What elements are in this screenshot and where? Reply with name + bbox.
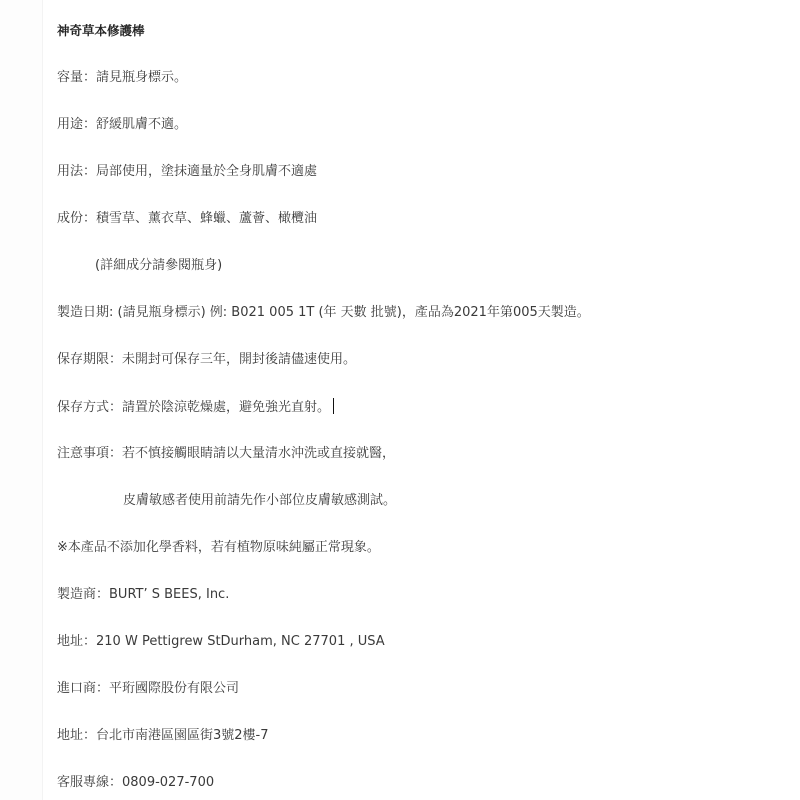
manufacture-date-line: 製造日期: (請見瓶身標示) 例: B021 005 1T (年 天數 批號)，… — [57, 304, 590, 322]
caution-line: 注意事項：若不慎接觸眼睛請以大量清水沖洗或直接就醫， — [57, 445, 395, 463]
ingredients-value: 積雪草、薰衣草、蜂蠟、蘆薈、橄欖油 — [96, 211, 317, 226]
manufacturer-label: 製造商： — [57, 587, 109, 602]
importer-line: 進口商：平珩國際股份有限公司 — [57, 680, 239, 698]
manufacturer-address-value: 210 W Pettigrew StDurham, NC 27701 , USA — [96, 634, 385, 649]
importer-address-value: 台北市南港區園區街3號2樓-7 — [96, 728, 269, 743]
importer-address-label: 地址： — [57, 728, 96, 743]
manufacture-date-label: 製造日期: — [57, 305, 118, 320]
manufacturer-value: BURT’ S BEES, Inc. — [109, 587, 229, 602]
manufacture-date-value: (請見瓶身標示) 例: B021 005 1T (年 天數 批號)，產品為202… — [118, 305, 590, 320]
usage-label: 用法： — [57, 164, 96, 179]
caution-label: 注意事項： — [57, 446, 122, 461]
purpose-line: 用途：舒緩肌膚不適。 — [57, 116, 187, 134]
customer-service-label: 客服專線： — [57, 775, 122, 790]
capacity-label: 容量： — [57, 70, 96, 85]
importer-address-line: 地址：台北市南港區園區街3號2樓-7 — [57, 727, 269, 745]
manufacturer-address-line: 地址：210 W Pettigrew StDurham, NC 27701 , … — [57, 633, 385, 651]
storage-value: 請置於陰涼乾燥處，避免強光直射。 — [122, 400, 330, 415]
manufacturer-line: 製造商：BURT’ S BEES, Inc. — [57, 586, 229, 604]
importer-value: 平珩國際股份有限公司 — [109, 681, 239, 696]
capacity-value: 請見瓶身標示。 — [96, 70, 187, 85]
ingredients-label: 成份： — [57, 211, 96, 226]
fragrance-notice-line: ※本產品不添加化學香料，若有植物原味純屬正常現象。 — [57, 539, 380, 557]
purpose-value: 舒緩肌膚不適。 — [96, 117, 187, 132]
text-cursor — [333, 398, 334, 414]
capacity-line: 容量：請見瓶身標示。 — [57, 69, 187, 87]
purpose-label: 用途： — [57, 117, 96, 132]
product-title: 神奇草本修護棒 — [57, 22, 145, 40]
page-left-margin — [0, 0, 43, 800]
caution-value: 若不慎接觸眼睛請以大量清水沖洗或直接就醫， — [122, 446, 395, 461]
caution-continued: 皮膚敏感者使用前請先作小部位皮膚敏感測試。 — [123, 493, 396, 508]
fragrance-notice: ※本產品不添加化學香料，若有植物原味純屬正常現象。 — [57, 540, 380, 555]
caution-continued-line: 皮膚敏感者使用前請先作小部位皮膚敏感測試。 — [57, 492, 396, 510]
ingredients-note: (詳細成分請參閱瓶身) — [95, 258, 222, 273]
shelf-life-value: 未開封可保存三年，開封後請儘速使用。 — [122, 352, 356, 367]
usage-value: 局部使用，塗抹適量於全身肌膚不適處 — [96, 164, 317, 179]
importer-label: 進口商： — [57, 681, 109, 696]
ingredients-note-line: (詳細成分請參閱瓶身) — [57, 257, 222, 275]
storage-label: 保存方式： — [57, 400, 122, 415]
storage-line: 保存方式：請置於陰涼乾燥處，避免強光直射。 — [57, 398, 334, 417]
shelf-life-line: 保存期限：未開封可保存三年，開封後請儘速使用。 — [57, 351, 356, 369]
shelf-life-label: 保存期限： — [57, 352, 122, 367]
manufacturer-address-label: 地址： — [57, 634, 96, 649]
usage-line: 用法：局部使用，塗抹適量於全身肌膚不適處 — [57, 163, 317, 181]
customer-service-line: 客服專線：0809-027-700 — [57, 774, 214, 792]
ingredients-line: 成份：積雪草、薰衣草、蜂蠟、蘆薈、橄欖油 — [57, 210, 317, 228]
customer-service-value: 0809-027-700 — [122, 775, 214, 790]
